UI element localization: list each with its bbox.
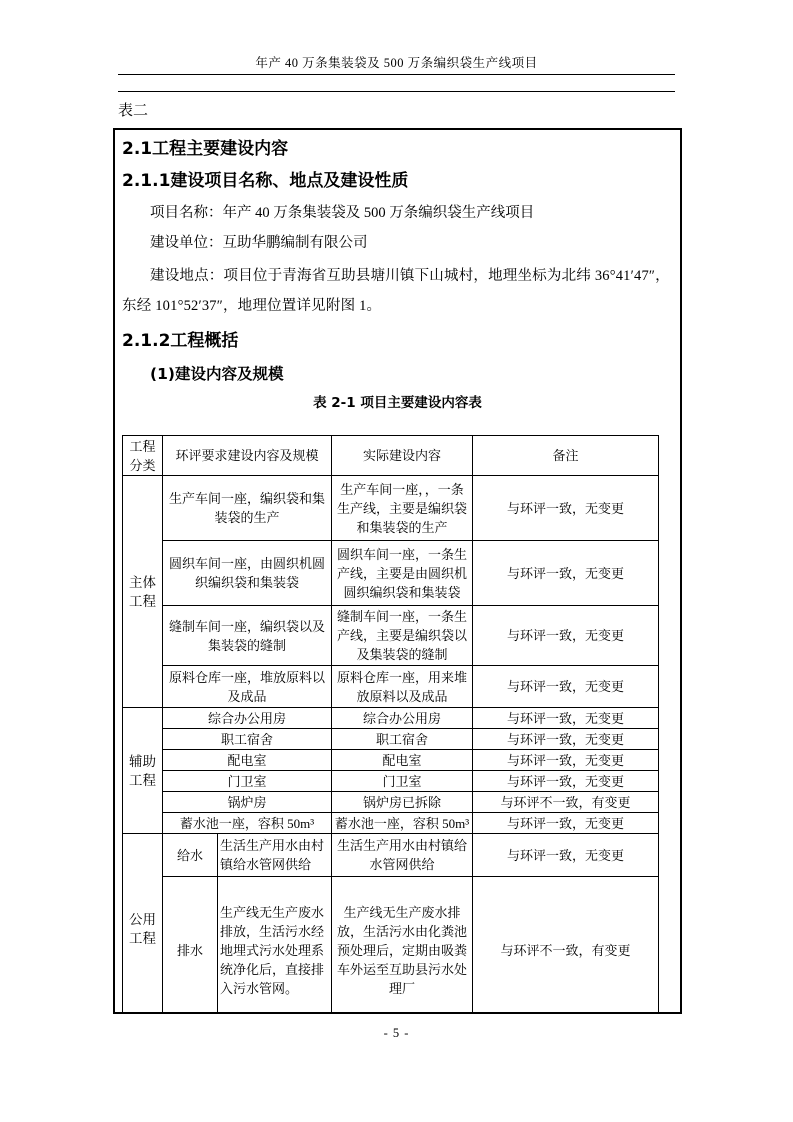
actual-cell: 原料仓库一座，用来堆放原料以及成品 (332, 666, 473, 708)
table-header-row: 工程 分类 环评要求建设内容及规模 实际建设内容 备注 (123, 436, 659, 476)
env-cell: 圆织车间一座，由圆织机圆织编织袋和集装袋 (163, 541, 332, 606)
remark-cell: 与环评一致，无变更 (473, 834, 659, 877)
env-cell: 锅炉房 (163, 792, 332, 813)
table-row: 职工宿舍 职工宿舍 与环评一致，无变更 (123, 729, 659, 750)
sub-label-drainage: 排水 (163, 877, 218, 1015)
section-heading-2-1: 2.1工程主要建设内容 (122, 139, 673, 160)
group-label-auxiliary-works: 辅助 工程 (123, 708, 163, 834)
remark-cell: 与环评一致，无变更 (473, 771, 659, 792)
group-label-public-works: 公用 工程 (123, 834, 163, 1015)
remark-cell: 与环评一致，无变更 (473, 708, 659, 729)
remark-cell: 与环评一致，无变更 (473, 606, 659, 666)
remark-cell: 与环评一致，无变更 (473, 750, 659, 771)
env-cell: 蓄水池一座，容积 50m³ (163, 813, 332, 834)
remark-cell: 与环评一致，无变更 (473, 729, 659, 750)
actual-cell: 蓄水池一座，容积 50m³ (332, 813, 473, 834)
env-cell: 原料仓库一座，堆放原料以及成品 (163, 666, 332, 708)
page-number: - 5 - (0, 1026, 793, 1041)
env-cell: 生活生产用水由村镇给水管网供给 (218, 834, 332, 877)
paragraph-construction-unit: 建设单位：互助华鹏编制有限公司 (150, 233, 673, 253)
content-frame: 2.1工程主要建设内容 2.1.1建设项目名称、地点及建设性质 项目名称：年产 … (113, 128, 682, 1014)
actual-cell: 生产线无生产废水排放，生活污水由化粪池预处理后，定期由吸粪车外运至互助县污水处理… (332, 877, 473, 1015)
env-cell: 门卫室 (163, 771, 332, 792)
header-rule-bottom (118, 91, 675, 92)
actual-cell: 缝制车间一座，一条生产线，主要是编织袋以及集装袋的缝制 (332, 606, 473, 666)
table-row: 缝制车间一座，编织袋以及集装袋的缝制 缝制车间一座，一条生产线，主要是编织袋以及… (123, 606, 659, 666)
form-two-label: 表二 (118, 99, 148, 120)
env-cell: 配电室 (163, 750, 332, 771)
table-row: 原料仓库一座，堆放原料以及成品 原料仓库一座，用来堆放原料以及成品 与环评一致，… (123, 666, 659, 708)
header-cell-actual: 实际建设内容 (332, 436, 473, 476)
section-heading-2-1-2: 2.1.2工程概括 (122, 331, 673, 352)
paragraph-project-name: 项目名称：年产 40 万条集装袋及 500 万条编织袋生产线项目 (150, 203, 673, 223)
remark-cell: 与环评不一致，有变更 (473, 877, 659, 1015)
header-title: 年产 40 万条集装袋及 500 万条编织袋生产线项目 (118, 53, 675, 71)
actual-cell: 生产车间一座，，一条生产线，主要是编织袋和集装袋的生产 (332, 476, 473, 541)
table-row: 门卫室 门卫室 与环评一致，无变更 (123, 771, 659, 792)
header-cell-remark: 备注 (473, 436, 659, 476)
header-cell-env-requirement: 环评要求建设内容及规模 (163, 436, 332, 476)
remark-cell: 与环评一致，无变更 (473, 666, 659, 708)
construction-content-table: 工程 分类 环评要求建设内容及规模 实际建设内容 备注 主体 工程 生产车间一座… (122, 435, 659, 1014)
env-cell: 综合办公用房 (163, 708, 332, 729)
remark-cell: 与环评一致，无变更 (473, 813, 659, 834)
table-title: 表 2-1 项目主要建设内容表 (122, 394, 673, 412)
actual-cell: 锅炉房已拆除 (332, 792, 473, 813)
remark-cell: 与环评一致，无变更 (473, 476, 659, 541)
env-cell: 职工宿舍 (163, 729, 332, 750)
paragraph-location: 建设地点：项目位于青海省互助县塘川镇下山城村，地理坐标为北纬 36°41′47″… (122, 261, 673, 321)
remark-cell: 与环评一致，无变更 (473, 541, 659, 606)
actual-cell: 生活生产用水由村镇给水管网供给 (332, 834, 473, 877)
header-rule-top (118, 74, 675, 75)
actual-cell: 圆织车间一座，一条生产线，主要是由圆织机圆织编织袋和集装袋 (332, 541, 473, 606)
actual-cell: 综合办公用房 (332, 708, 473, 729)
table-row: 排水 生产线无生产废水排放，生活污水经地埋式污水处理系统净化后，直接排入污水管网… (123, 877, 659, 1015)
header-cell-category: 工程 分类 (123, 436, 163, 476)
table-row: 配电室 配电室 与环评一致，无变更 (123, 750, 659, 771)
env-cell: 缝制车间一座，编织袋以及集装袋的缝制 (163, 606, 332, 666)
actual-cell: 配电室 (332, 750, 473, 771)
section-heading-2-1-1: 2.1.1建设项目名称、地点及建设性质 (122, 171, 673, 192)
env-cell: 生产线无生产废水排放，生活污水经地埋式污水处理系统净化后，直接排入污水管网。 (218, 877, 332, 1015)
actual-cell: 门卫室 (332, 771, 473, 792)
table-row: 蓄水池一座，容积 50m³ 蓄水池一座，容积 50m³ 与环评一致，无变更 (123, 813, 659, 834)
group-label-main-works: 主体 工程 (123, 476, 163, 708)
subsection-heading-1: (1)建设内容及规模 (150, 364, 673, 385)
table-row: 辅助 工程 综合办公用房 综合办公用房 与环评一致，无变更 (123, 708, 659, 729)
table-row: 主体 工程 生产车间一座，编织袋和集装袋的生产 生产车间一座，，一条生产线，主要… (123, 476, 659, 541)
env-cell: 生产车间一座，编织袋和集装袋的生产 (163, 476, 332, 541)
table-row: 锅炉房 锅炉房已拆除 与环评不一致，有变更 (123, 792, 659, 813)
remark-cell: 与环评不一致，有变更 (473, 792, 659, 813)
table-row: 圆织车间一座，由圆织机圆织编织袋和集装袋 圆织车间一座，一条生产线，主要是由圆织… (123, 541, 659, 606)
sub-label-water-supply: 给水 (163, 834, 218, 877)
table-row: 公用 工程 给水 生活生产用水由村镇给水管网供给 生活生产用水由村镇给水管网供给… (123, 834, 659, 877)
actual-cell: 职工宿舍 (332, 729, 473, 750)
